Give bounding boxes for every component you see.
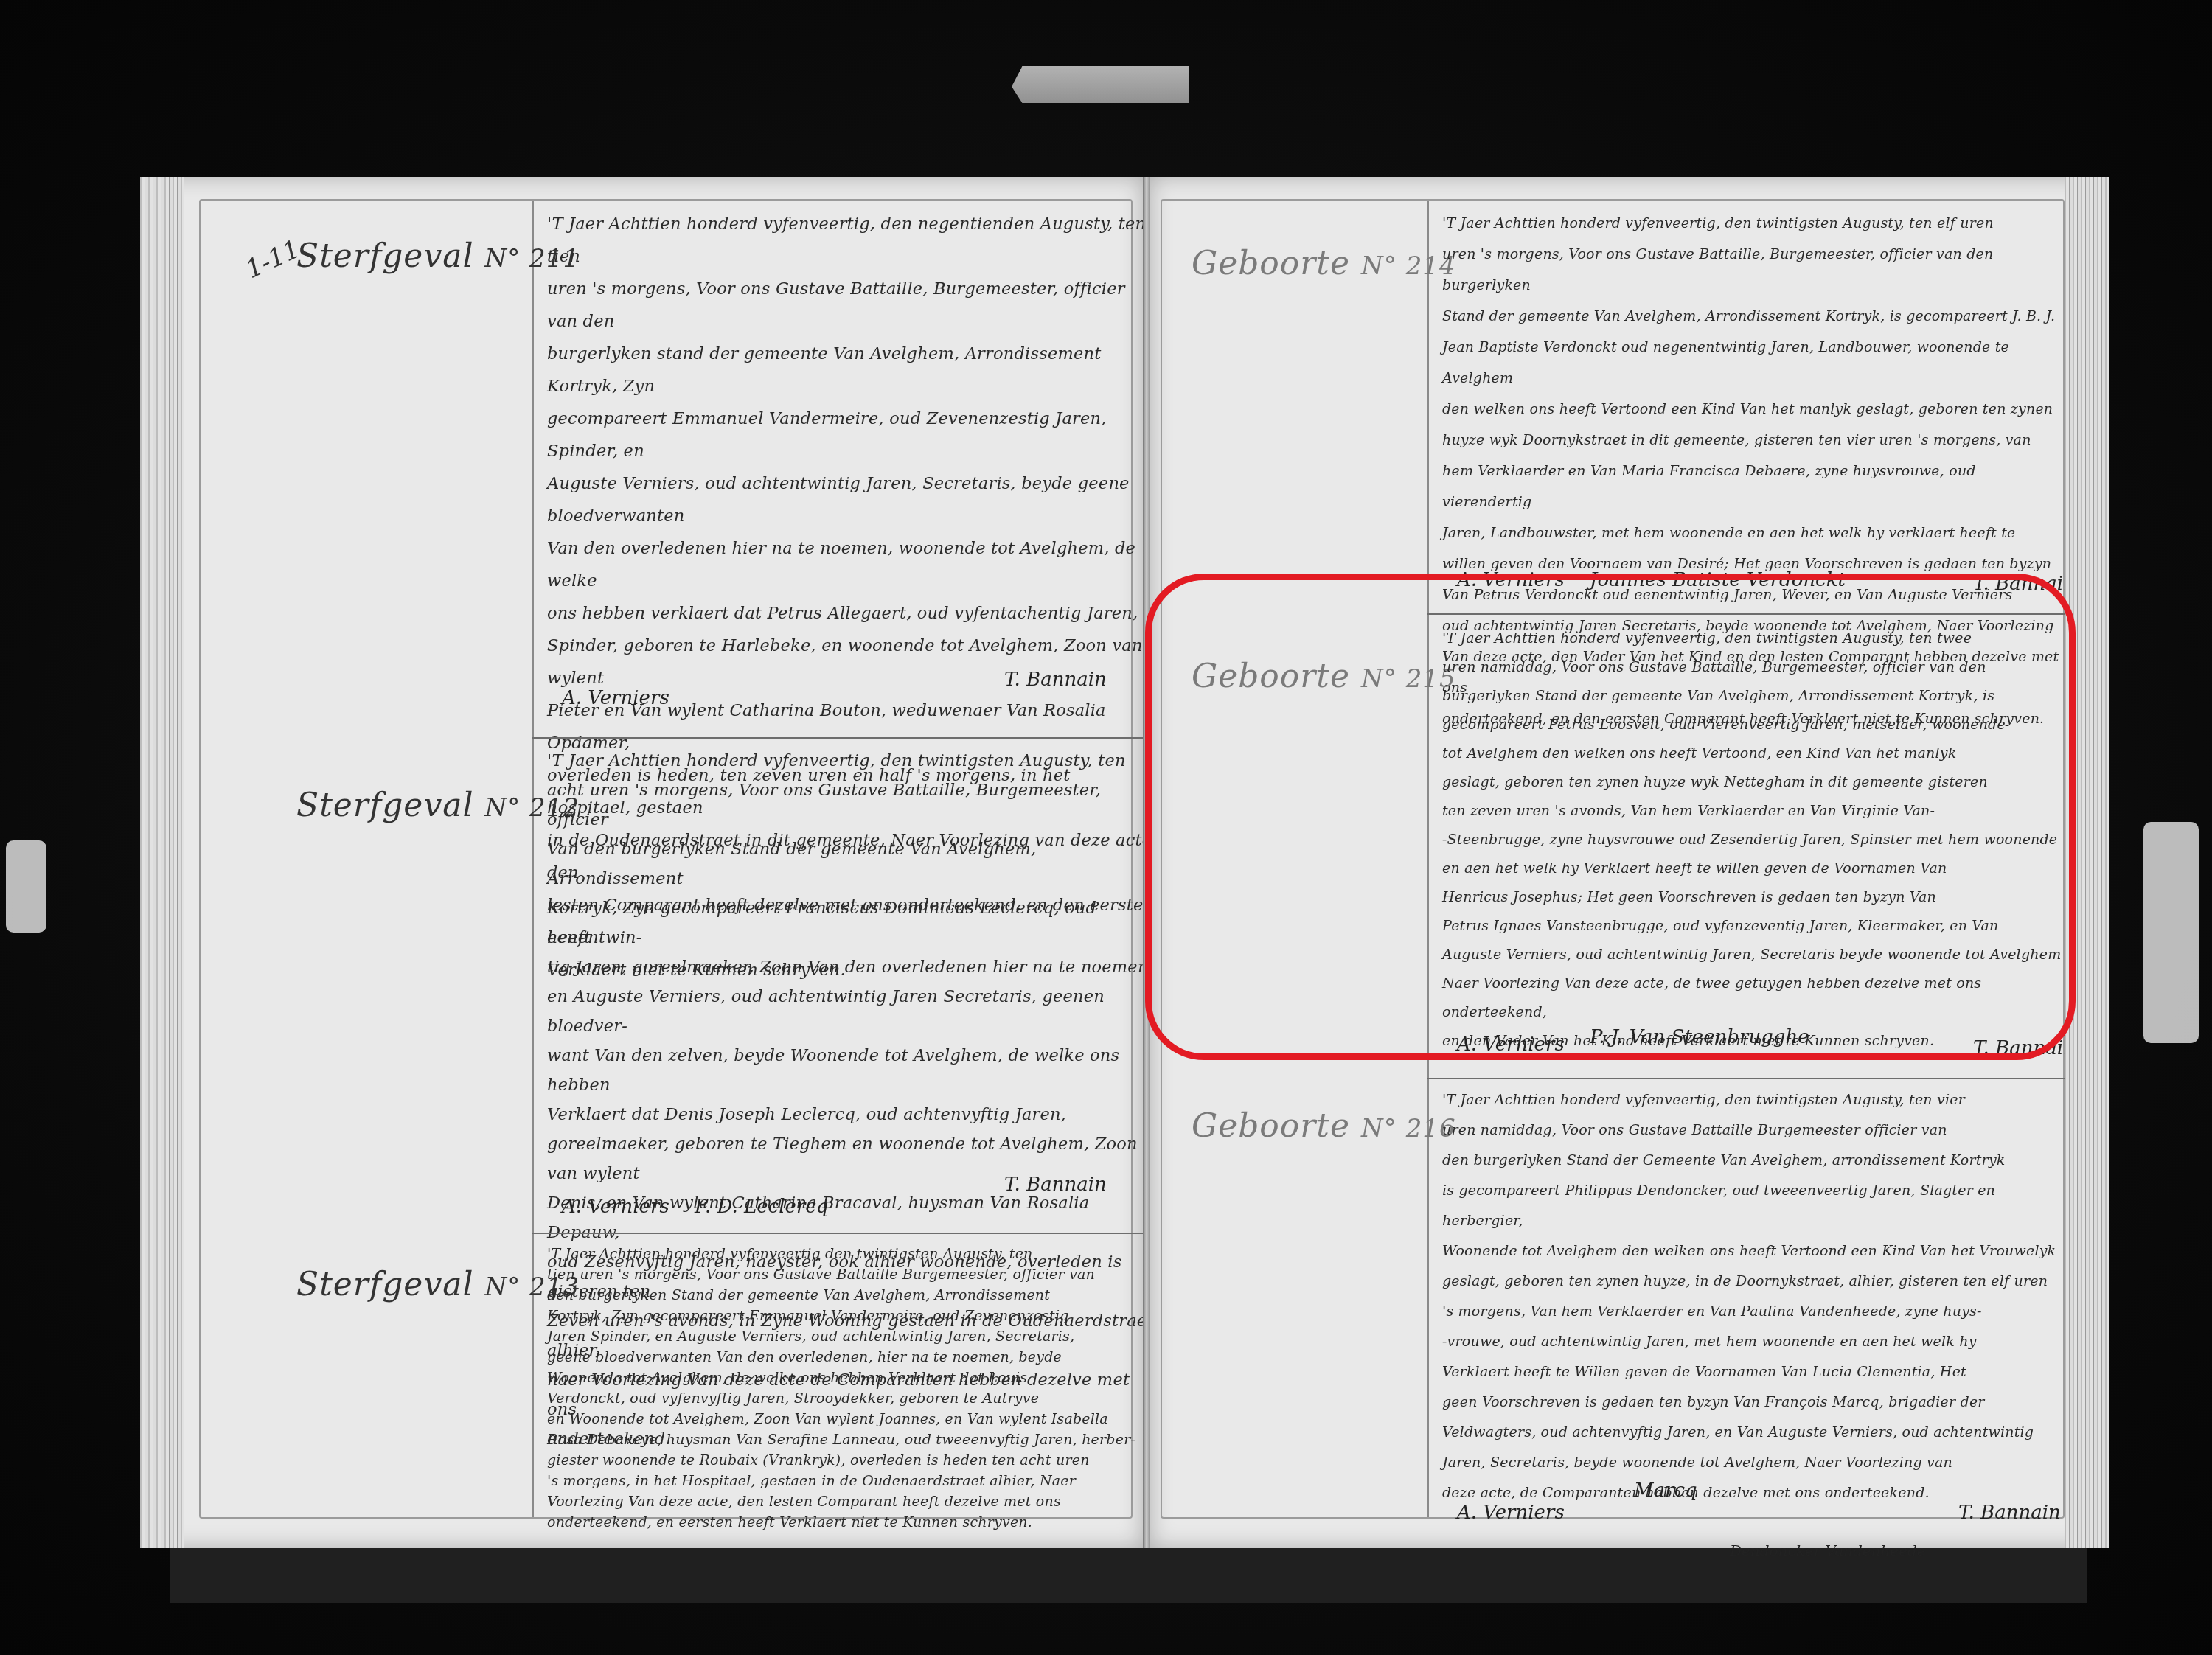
text-line: 'T Jaer Achttien honderd vyfenveertig de… xyxy=(547,1244,1159,1264)
text-line: Veldwagters, oud achtenvyftig Jaren, en … xyxy=(1442,1418,2062,1448)
text-line: acht uren 's morgens, Voor ons Gustave B… xyxy=(547,776,1159,835)
text-line: geene bloedverwanten Van den overledenen… xyxy=(547,1347,1159,1367)
entry-divider xyxy=(1427,1078,2076,1079)
text-line: Verklaert dat Denis Joseph Leclercq, oud… xyxy=(547,1100,1159,1129)
entry-label: Sterfgeval N° 212 xyxy=(296,787,580,824)
text-line: Stand der gemeente Van Avelghem, Arrondi… xyxy=(1442,301,2062,332)
text-line: 'T Jaer Achttien honderd vyfenveertig, d… xyxy=(547,746,1159,776)
text-line: Van den overledenen hier na te noemen, w… xyxy=(547,532,1159,597)
signature-row: A. Verniers F. D. Leclercq T. Bannain xyxy=(547,1174,1159,1218)
entry-label: Sterfgeval N° 211 xyxy=(296,237,580,275)
text-line: 's morgens, in het Hospitael, gestaen in… xyxy=(547,1471,1159,1491)
right-book-clip xyxy=(2143,822,2199,1043)
text-line: 'T Jaer Achttien honderd vyfenveertig, d… xyxy=(1442,1085,2062,1115)
entry-type: Sterfgeval xyxy=(296,237,474,275)
entry-type: Geboorte xyxy=(1192,1107,1350,1145)
left-book-clip xyxy=(6,840,46,933)
text-line: den burgerlyken Stand der gemeente Van A… xyxy=(547,1285,1159,1306)
text-line: Rosa Debaveye, huysman Van Serafine Lann… xyxy=(547,1429,1159,1450)
text-line: onderteekend, en eersten heeft Verklaert… xyxy=(547,1512,1159,1533)
signature-row: A. Verniers Marcq T. Bannain Dendoncker … xyxy=(1442,1487,2062,1561)
signature: T. Bannain xyxy=(1958,1502,2061,1524)
entry-label: Geboorte N° 216 xyxy=(1192,1107,1456,1145)
text-line: Auguste Verniers, oud achtentwintig Jare… xyxy=(547,467,1159,532)
text-line: is gecompareert Philippus Dendoncker, ou… xyxy=(1442,1176,2062,1236)
text-line: want Van den zelven, beyde Woonende tot … xyxy=(547,1041,1159,1100)
text-line: -vrouwe, oud achtentwintig Jaren, met he… xyxy=(1442,1327,2062,1357)
text-line: Kortryk, Zyn gecompareert Franciscus Dom… xyxy=(547,893,1159,952)
text-line: Woonende tot Avelghem, de welke ons hebb… xyxy=(547,1367,1159,1388)
text-line: Verdonckt, oud vyfenvyftig Jaren, Strooy… xyxy=(547,1388,1159,1409)
text-line: Jaren, Secretaris, beyde woonende tot Av… xyxy=(1442,1448,2062,1478)
text-line: den welken ons heeft Vertoond een Kind V… xyxy=(1442,394,2062,425)
signature: A. Verniers xyxy=(1457,1502,1565,1524)
signature: F. D. Leclercq xyxy=(695,1196,829,1218)
signature: Marcq xyxy=(1634,1480,1697,1502)
entry-text: 'T Jaer Achttien honderd vyfenveertig, d… xyxy=(1442,1085,2062,1508)
text-line: hem Verklaerder en Van Maria Francisca D… xyxy=(1442,456,2062,518)
entry-type: Sterfgeval xyxy=(296,787,474,824)
text-line: tig Jaren, goreelmaeker, Zoon Van den ov… xyxy=(547,952,1159,982)
text-line: giester woonende te Roubaix (Vrankryk), … xyxy=(547,1450,1159,1471)
entry-label: Geboorte N° 214 xyxy=(1192,245,1456,282)
text-line: en Auguste Verniers, oud achtentwintig J… xyxy=(547,982,1159,1041)
text-line: 's morgens, Van hem Verklaerder en Van P… xyxy=(1442,1297,2062,1327)
text-line: Jaren Spinder, en Auguste Verniers, oud … xyxy=(547,1326,1159,1347)
left-page-frame: 1-11 Sterfgeval N° 211 'T Jaer Achttien … xyxy=(199,199,1133,1519)
text-line: huyze wyk Doornykstraet in dit gemeente,… xyxy=(1442,425,2062,456)
text-line: Woonende tot Avelghem den welken ons hee… xyxy=(1442,1236,2062,1266)
entry-divider xyxy=(532,1233,1159,1234)
entry-type: Sterfgeval xyxy=(296,1266,474,1303)
text-line: geen Voorschreven is gedaen ten byzyn Va… xyxy=(1442,1387,2062,1418)
signature: A. Verniers xyxy=(562,1196,669,1218)
margin-annotation: 1-11 xyxy=(241,234,305,285)
text-line: Jaren, Landbouwster, met hem woonende en… xyxy=(1442,518,2062,548)
signature: T. Bannain xyxy=(1004,669,1107,691)
signature: A. Verniers xyxy=(562,687,669,709)
text-line: Kortryk, Zyn gecompareert Emmanuel Vande… xyxy=(547,1306,1159,1326)
text-line: geslagt, geboren ten zynen huyze, in de … xyxy=(1442,1266,2062,1297)
text-line: uren namiddag, Voor ons Gustave Battaill… xyxy=(1442,1115,2062,1146)
entry-text: 'T Jaer Achttien honderd vyfenveertig de… xyxy=(547,1244,1159,1533)
signature: Dendoncker Vandenheede xyxy=(1730,1542,1926,1560)
entry-215-highlight-box[interactable] xyxy=(1145,574,2076,1060)
text-line: Verklaert heeft te Willen geven de Voorn… xyxy=(1442,1357,2062,1387)
left-column-rule xyxy=(532,201,534,1517)
entry-divider xyxy=(532,737,1159,739)
signature: T. Bannain xyxy=(1004,1174,1107,1196)
text-line: 'T Jaer Achttien honderd vyfenveertig, d… xyxy=(547,208,1159,273)
signature-row: A. Verniers T. Bannain xyxy=(547,672,1159,717)
text-line: uren 's morgens, Voor ons Gustave Battai… xyxy=(547,273,1159,338)
left-page: 1-11 Sterfgeval N° 211 'T Jaer Achttien … xyxy=(140,177,1143,1548)
text-line: burgerlyken stand der gemeente Van Avelg… xyxy=(547,338,1159,403)
text-line: Van den burgerlyken Stand der gemeente V… xyxy=(547,835,1159,893)
text-line: ons hebben verklaert dat Petrus Allegaer… xyxy=(547,597,1159,630)
text-line: en Woonende tot Avelghem, Zoon Van wylen… xyxy=(547,1409,1159,1429)
text-line: Voorlezing Van deze acte, den lesten Com… xyxy=(547,1491,1159,1512)
text-line: den burgerlyken Stand der Gemeente Van A… xyxy=(1442,1146,2062,1176)
top-book-clip xyxy=(1012,66,1189,103)
entry-type: Geboorte xyxy=(1192,245,1350,282)
text-line: tien uren 's morgens, Voor ons Gustave B… xyxy=(547,1264,1159,1285)
text-line: uren 's morgens, Voor ons Gustave Battai… xyxy=(1442,239,2062,301)
text-line: 'T Jaer Achttien honderd vyfenveertig, d… xyxy=(1442,208,2062,239)
text-line: gecompareert Emmanuel Vandermeire, oud Z… xyxy=(547,403,1159,467)
entry-label: Sterfgeval N° 213 xyxy=(296,1266,580,1303)
text-line: Jean Baptiste Verdonckt oud negenentwint… xyxy=(1442,332,2062,394)
